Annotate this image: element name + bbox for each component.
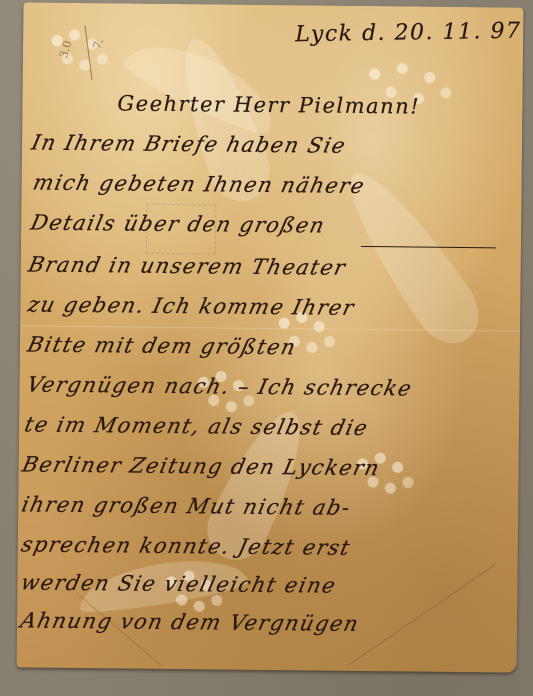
pencil-stroke	[84, 25, 92, 80]
letter-dateline: Lyck d. 20. 11. 97	[295, 19, 522, 48]
pencil-annotation: 3.0 7.	[53, 25, 124, 86]
letter-line: Details über den großen	[29, 211, 328, 238]
letter-salutation: Geehrter Herr Pielmann!	[117, 91, 420, 118]
letter-line: Bitte mit dem größten	[25, 332, 299, 359]
pencil-note-1: 3.0	[57, 39, 74, 59]
letter-line: zu geben. Ich komme Ihrer	[26, 292, 358, 319]
letter-line: Vergnügen nach. – Ich schrecke	[25, 372, 415, 400]
letter-line: Ahnung von dem Vergnügen	[18, 608, 361, 635]
letter-line: mich gebeten Ihnen nähere	[31, 171, 368, 198]
pencil-note-2: 7.	[90, 36, 106, 50]
diagonal-crease	[347, 564, 496, 667]
letter-text: Details über den großen	[29, 211, 328, 238]
letter-line: te im Moment, als selbst die	[22, 412, 371, 440]
letter-sheet: 3.0 7. Lyck d. 20. 11. 97 Geehrter Herr …	[17, 2, 524, 672]
letter-line: werden Sie vielleicht eine	[19, 570, 339, 597]
letter-line: Berliner Zeitung den Lyckern	[20, 452, 383, 480]
letter-line: ihren großen Mut nicht ab-	[20, 492, 354, 519]
letter-line: sprechen konnte. Jetzt erst	[19, 532, 353, 559]
letter-line: Brand in unserem Theater	[26, 252, 349, 279]
letter-line: In Ihrem Briefe haben Sie	[29, 131, 348, 158]
